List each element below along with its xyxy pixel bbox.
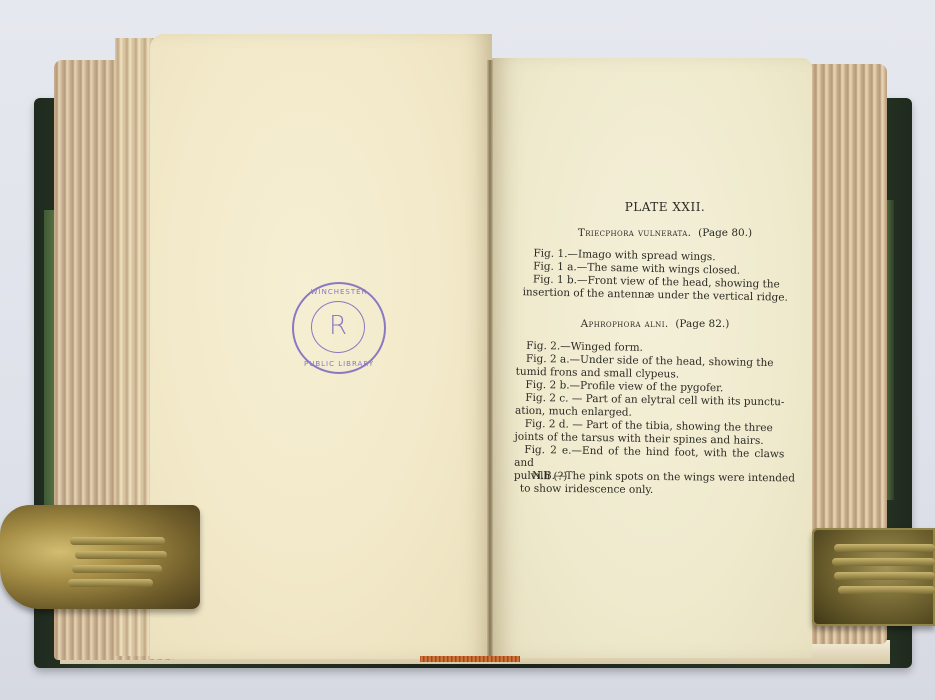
- headband: [420, 656, 520, 662]
- species-name: Triecphora vulnerata.: [578, 227, 692, 239]
- stamp-letter: R: [312, 311, 364, 341]
- brass-hand-weight-left: [0, 505, 200, 609]
- finger: [72, 565, 162, 573]
- finger: [834, 544, 935, 552]
- section-heading-1: Triecphora vulnerata. (Page 80.): [520, 227, 810, 240]
- finger: [68, 579, 153, 587]
- figure-list-1: Fig. 1.—Imago with spread wings. Fig. 1 …: [522, 247, 793, 305]
- stamp-inner-ring: R: [311, 301, 365, 353]
- stamp-top-text: WINCHESTER: [294, 288, 384, 296]
- finger: [838, 586, 935, 594]
- finger: [832, 558, 935, 566]
- species-name: Aphrophora alni.: [581, 318, 669, 330]
- finger: [70, 537, 165, 545]
- page-ref: (Page 80.): [698, 227, 752, 239]
- finger: [75, 551, 167, 559]
- nota-bene: N.B.—The pink spots on the wings were in…: [520, 470, 795, 499]
- brass-hand-weight-right: [812, 528, 935, 626]
- book-gutter: [487, 60, 493, 660]
- finger: [834, 572, 935, 580]
- stamp-bottom-text: PUBLIC LIBRARY: [294, 360, 384, 368]
- section-heading-2: Aphrophora alni. (Page 82.): [510, 318, 800, 331]
- plate-title: PLATE XXII.: [520, 201, 810, 214]
- page-ref: (Page 82.): [675, 318, 729, 330]
- figure-list-2: Fig. 2.—Winged form. Fig. 2 a.—Under sid…: [514, 340, 786, 488]
- library-stamp: WINCHESTER R PUBLIC LIBRARY: [292, 282, 386, 374]
